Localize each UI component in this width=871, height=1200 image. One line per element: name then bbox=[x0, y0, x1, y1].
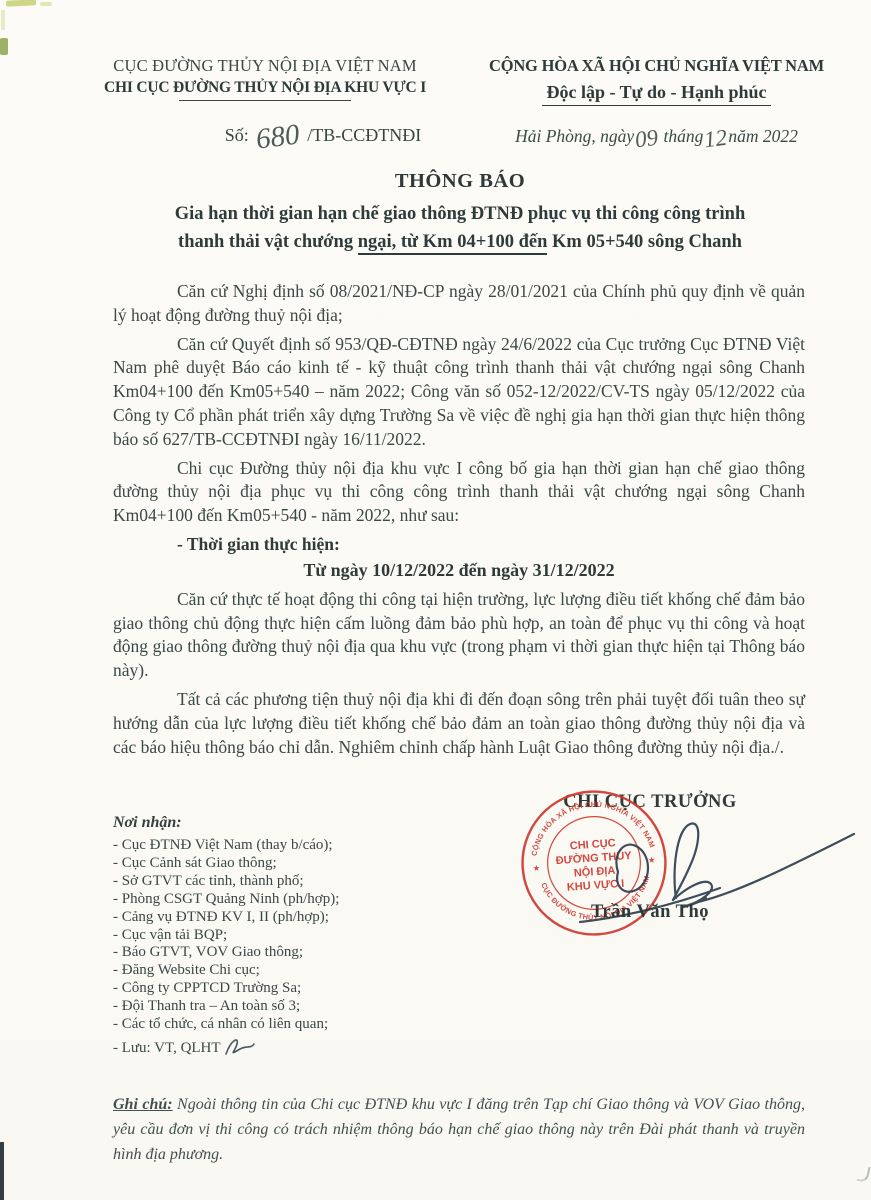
subtitle-underlined-segment: ngại, từ Km 04+100 đến bbox=[358, 232, 548, 255]
paragraph: Căn cứ Quyết định số 953/QĐ-CĐTNĐ ngày 2… bbox=[113, 333, 805, 452]
scan-artifact bbox=[856, 1165, 870, 1183]
document-number-suffix: /TB-CCĐTNĐI bbox=[307, 125, 421, 145]
signoff-section: Nơi nhận: - Cục ĐTNĐ Việt Nam (thay b/cá… bbox=[0, 786, 871, 1086]
document-body: Căn cứ Nghị định số 08/2021/NĐ-CP ngày 2… bbox=[113, 280, 805, 764]
recipient-item: - Đội Thanh tra – An toàn số 3; bbox=[113, 998, 443, 1016]
place-date-line: Hải Phòng, ngày09 tháng12năm 2022 bbox=[460, 126, 853, 150]
month-label: tháng bbox=[664, 126, 704, 146]
clerk-initials-mark bbox=[222, 1034, 256, 1060]
footer-note: Ghi chú: Ngoài thông tin của Chi cục ĐTN… bbox=[113, 1092, 805, 1167]
national-motto: Độc lập - Tự do - Hạnh phúc bbox=[542, 82, 770, 106]
recipient-item: - Công ty CPPTCD Trường Sa; bbox=[113, 980, 443, 998]
recipient-item: - Lưu: VT, QLHT bbox=[113, 1034, 443, 1060]
document-header: CỤC ĐƯỜNG THỦY NỘI ĐỊA VIỆT NAM CHI CỤC … bbox=[0, 56, 871, 152]
scan-artifact bbox=[6, 0, 36, 7]
scan-artifact bbox=[40, 2, 52, 6]
recipient-item: - Cục vận tải BQP; bbox=[113, 927, 443, 945]
recipient-item: - Cục ĐTNĐ Việt Nam (thay b/cáo); bbox=[113, 837, 443, 855]
paragraph: Căn cứ Nghị định số 08/2021/NĐ-CP ngày 2… bbox=[113, 280, 805, 328]
recipient-item: - Sở GTVT các tỉnh, thành phố; bbox=[113, 873, 443, 891]
schedule-label: - Thời gian thực hiện: bbox=[113, 533, 805, 557]
national-motto-block: CỘNG HÒA XÃ HỘI CHỦ NGHĨA VIỆT NAM Độc l… bbox=[460, 56, 871, 152]
scan-artifact bbox=[0, 1142, 4, 1200]
place-label: Hải Phòng, ngày bbox=[515, 126, 634, 146]
scanned-official-notice: CỤC ĐƯỜNG THỦY NỘI ĐỊA VIỆT NAM CHI CỤC … bbox=[0, 0, 871, 1200]
subtitle-line2-post: Km 05+540 sông Chanh bbox=[547, 232, 742, 252]
scan-artifact bbox=[0, 38, 8, 55]
handwritten-month: 12 bbox=[703, 126, 729, 152]
title-block: THÔNG BÁO Gia hạn thời gian hạn chế giao… bbox=[113, 170, 807, 256]
paragraph: Căn cứ thực tế hoạt động thi công tại hi… bbox=[113, 588, 805, 683]
recipients-block: Nơi nhận: - Cục ĐTNĐ Việt Nam (thay b/cá… bbox=[113, 814, 443, 1060]
footer-note-label: Ghi chú: bbox=[113, 1096, 173, 1113]
paragraph: Chi cục Đường thủy nội địa khu vực I côn… bbox=[113, 457, 805, 528]
year-label: năm 2022 bbox=[728, 126, 798, 146]
recipient-item: - Phòng CSGT Quảng Ninh (ph/hợp); bbox=[113, 891, 443, 909]
recipient-item: - Báo GTVT, VOV Giao thông; bbox=[113, 944, 443, 962]
handwritten-day: 09 bbox=[634, 126, 660, 152]
signer-name: Trần Văn Thọ bbox=[430, 902, 870, 923]
national-motto-wrap: Độc lập - Tự do - Hạnh phúc bbox=[460, 82, 853, 106]
schedule-value: Từ ngày 10/12/2022 đến ngày 31/12/2022 bbox=[113, 560, 805, 581]
recipient-item: - Đăng Website Chi cục; bbox=[113, 962, 443, 980]
scan-artifact bbox=[1, 10, 5, 30]
document-number-label: Số: bbox=[225, 125, 249, 145]
subtitle-line1: Gia hạn thời gian hạn chế giao thông ĐTN… bbox=[175, 204, 746, 224]
parent-agency-name: CỤC ĐƯỜNG THỦY NỘI ĐỊA VIỆT NAM bbox=[70, 56, 460, 76]
document-title: THÔNG BÁO bbox=[113, 170, 807, 193]
subtitle-line2-pre: thanh thải vật chướng bbox=[178, 232, 358, 252]
footer-note-text: Ngoài thông tin của Chi cục ĐTNĐ khu vực… bbox=[113, 1096, 805, 1163]
national-title: CỘNG HÒA XÃ HỘI CHỦ NGHĨA VIỆT NAM bbox=[460, 56, 853, 76]
handwritten-document-number: 680 bbox=[255, 120, 302, 154]
issuing-agency-block: CỤC ĐƯỜNG THỦY NỘI ĐỊA VIỆT NAM CHI CỤC … bbox=[0, 56, 460, 152]
recipient-item: - Cục Cảnh sát Giao thông; bbox=[113, 855, 443, 873]
recipient-item: - Các tổ chức, cá nhân có liên quan; bbox=[113, 1016, 443, 1034]
issuing-agency-name: CHI CỤC ĐƯỜNG THỦY NỘI ĐỊA KHU VỰC I bbox=[70, 79, 460, 97]
paragraph: Tất cả các phương tiện thuỷ nội địa khi … bbox=[113, 688, 805, 759]
recipients-heading: Nơi nhận: bbox=[113, 814, 443, 832]
header-underline bbox=[179, 100, 351, 101]
signature-block: CHI CỤC TRƯỞNG CỘNG HÒA XÃ HỘI CHỦ NGHĨA… bbox=[430, 786, 870, 1086]
recipient-item: - Cảng vụ ĐTNĐ KV I, II (ph/hợp); bbox=[113, 909, 443, 927]
document-number-line: Số: 680 /TB-CCĐTNĐI bbox=[128, 123, 518, 152]
document-subtitle: Gia hạn thời gian hạn chế giao thông ĐTN… bbox=[113, 200, 807, 256]
stamp-star-left-icon: ★ bbox=[532, 863, 540, 873]
